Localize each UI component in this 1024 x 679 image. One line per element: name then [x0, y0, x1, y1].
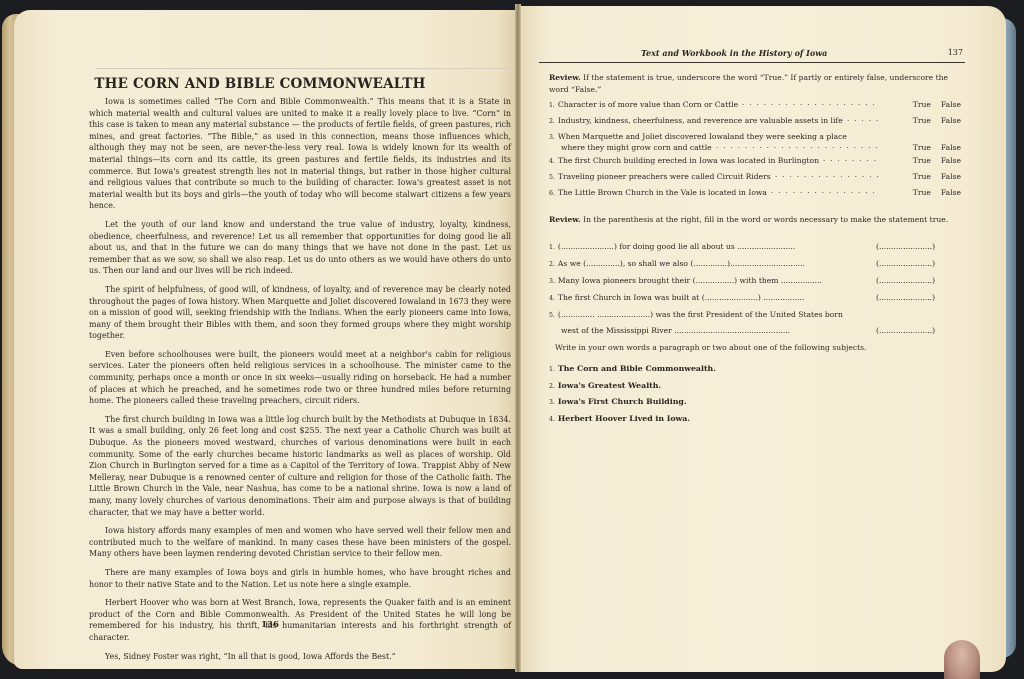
item-number: 2. [549, 261, 555, 268]
true-option[interactable]: True [913, 143, 931, 152]
page-number-left: 136 [0, 620, 540, 630]
essay-instruction: Write in your own words a paragraph or t… [555, 343, 969, 352]
true-false-item: 2.Industry, kindness, cheerfulness, and … [549, 116, 941, 128]
item-text: As we (..............), so shall we also… [558, 259, 805, 268]
true-option[interactable]: True [913, 188, 931, 197]
false-option[interactable]: False [941, 188, 961, 197]
true-false-item: 4.The first Church building erected in I… [549, 156, 941, 168]
chapter-title: THE CORN AND BIBLE COMMONWEALTH [0, 76, 520, 92]
item-text: (.............. ......................) … [558, 310, 843, 319]
answer-blank[interactable]: (......................) [876, 293, 935, 302]
paragraph: There are many examples of Iowa boys and… [89, 567, 511, 590]
answer-blank[interactable]: (......................) [876, 259, 935, 268]
item-number: 4. [549, 158, 555, 165]
header-rule [539, 62, 965, 63]
fill-in-item: 4.The first Church in Iowa was built at … [549, 293, 963, 305]
item-text: (......................) for doing good … [558, 242, 795, 251]
paragraph: The spirit of helpfulness, of good will,… [89, 284, 511, 342]
true-option[interactable]: True [913, 172, 931, 181]
running-header: Text and Workbook in the History of Iowa… [545, 48, 963, 62]
subject-text: The Corn and Bible Commonwealth. [558, 364, 716, 373]
item-number: 1. [549, 102, 555, 109]
page-number-right: 137 [948, 48, 963, 57]
open-book: THE CORN AND BIBLE COMMONWEALTH Iowa is … [0, 0, 1024, 679]
true-false-item: 6.The Little Brown Church in the Vale is… [549, 188, 941, 200]
item-number: 2. [549, 383, 555, 390]
item-text: The first Church building erected in Iow… [558, 156, 819, 165]
item-text: The first Church in Iowa was built at (.… [558, 293, 804, 302]
fill-in-item: west of the Mississippi River ..........… [549, 326, 963, 338]
book-gutter [515, 4, 521, 672]
fill-in-instructions: Review. In the parenthesis at the right,… [549, 214, 963, 226]
false-option[interactable]: False [941, 143, 961, 152]
thumb [944, 640, 980, 679]
item-number: 4. [549, 416, 555, 423]
item-text: Traveling pioneer preachers were called … [558, 172, 771, 181]
item-number: 1. [549, 366, 555, 373]
false-option[interactable]: False [941, 156, 961, 165]
leader-dots: . . . . . . . . . . . . . . . . . . . . … [771, 187, 879, 195]
item-number: 2. [549, 118, 555, 125]
item-text: Many Iowa pioneers brought their (......… [558, 276, 822, 285]
false-option[interactable]: False [941, 100, 961, 109]
bleed-through-rule [96, 68, 516, 69]
item-number: 4. [549, 295, 555, 302]
paragraph: Iowa is sometimes called “The Corn and B… [89, 96, 511, 212]
true-false-item: 1.Character is of more value than Corn o… [549, 100, 941, 112]
leader-dots: . . . . . . . . . . . . . . . . . . . . … [742, 99, 879, 107]
essay-subject: 1.The Corn and Bible Commonwealth. [549, 364, 716, 373]
item-text: The Little Brown Church in the Vale is l… [558, 188, 767, 197]
fill-in-item: 3.Many Iowa pioneers brought their (....… [549, 276, 963, 288]
essay-subject: 4.Herbert Hoover Lived in Iowa. [549, 414, 690, 423]
subject-text: Iowa's First Church Building. [558, 397, 687, 406]
paragraph: Iowa history affords many examples of me… [89, 525, 511, 560]
header-title: Text and Workbook in the History of Iowa [641, 48, 827, 58]
answer-blank[interactable]: (......................) [876, 242, 935, 251]
left-page-body: Iowa is sometimes called “The Corn and B… [89, 96, 511, 669]
leader-dots: . . . . . . . . . . . . . . . . . . . . … [775, 171, 879, 179]
fill-in-item: 2.As we (..............), so shall we al… [549, 259, 963, 271]
item-number: 5. [549, 312, 555, 319]
item-number: 3. [549, 134, 555, 141]
true-option[interactable]: True [913, 156, 931, 165]
review-label: Review. [549, 215, 581, 224]
fill-in-item: 5.(.............. ......................… [549, 310, 963, 322]
true-option[interactable]: True [913, 100, 931, 109]
paragraph: The first church building in Iowa was a … [89, 414, 511, 518]
subject-text: Iowa's Greatest Wealth. [558, 381, 661, 390]
leader-dots: . . . . . . . . . . . . . . . . . . . . … [716, 142, 879, 150]
item-text: where they might grow corn and cattle [561, 143, 712, 152]
instruction-text: In the parenthesis at the right, fill in… [583, 215, 948, 224]
true-false-item: where they might grow corn and cattle. .… [549, 143, 941, 155]
essay-subject: 2.Iowa's Greatest Wealth. [549, 381, 661, 390]
paragraph: Let the youth of our land know and under… [89, 219, 511, 277]
answer-blank[interactable]: (......................) [876, 276, 935, 285]
leader-dots: . . . . . . . . . . . . . . . . . . . . … [847, 115, 879, 123]
leader-dots: . . . . . . . . . . . . . . . . . . . . … [823, 155, 879, 163]
false-option[interactable]: False [941, 172, 961, 181]
item-number: 3. [549, 399, 555, 406]
paragraph: Even before schoolhouses were built, the… [89, 349, 511, 407]
essay-subject: 3.Iowa's First Church Building. [549, 397, 687, 406]
true-false-item: 5.Traveling pioneer preachers were calle… [549, 172, 941, 184]
true-option[interactable]: True [913, 116, 931, 125]
item-number: 3. [549, 278, 555, 285]
instruction-text: If the statement is true, underscore the… [549, 73, 948, 94]
fill-in-item: 1.(......................) for doing goo… [549, 242, 963, 254]
item-text: Industry, kindness, cheerfulness, and re… [558, 116, 843, 125]
item-text: west of the Mississippi River ..........… [561, 326, 790, 335]
item-number: 1. [549, 244, 555, 251]
item-number: 5. [549, 174, 555, 181]
false-option[interactable]: False [941, 116, 961, 125]
item-number: 6. [549, 190, 555, 197]
true-false-instructions: Review. If the statement is true, unders… [549, 72, 963, 96]
answer-blank[interactable]: (......................) [876, 326, 935, 335]
subject-text: Herbert Hoover Lived in Iowa. [558, 414, 690, 423]
item-text: Character is of more value than Corn or … [558, 100, 738, 109]
item-text: When Marquette and Joliet discovered Iow… [558, 132, 847, 141]
review-label: Review. [549, 73, 581, 82]
paragraph: Yes, Sidney Foster was right, “In all th… [89, 651, 511, 663]
